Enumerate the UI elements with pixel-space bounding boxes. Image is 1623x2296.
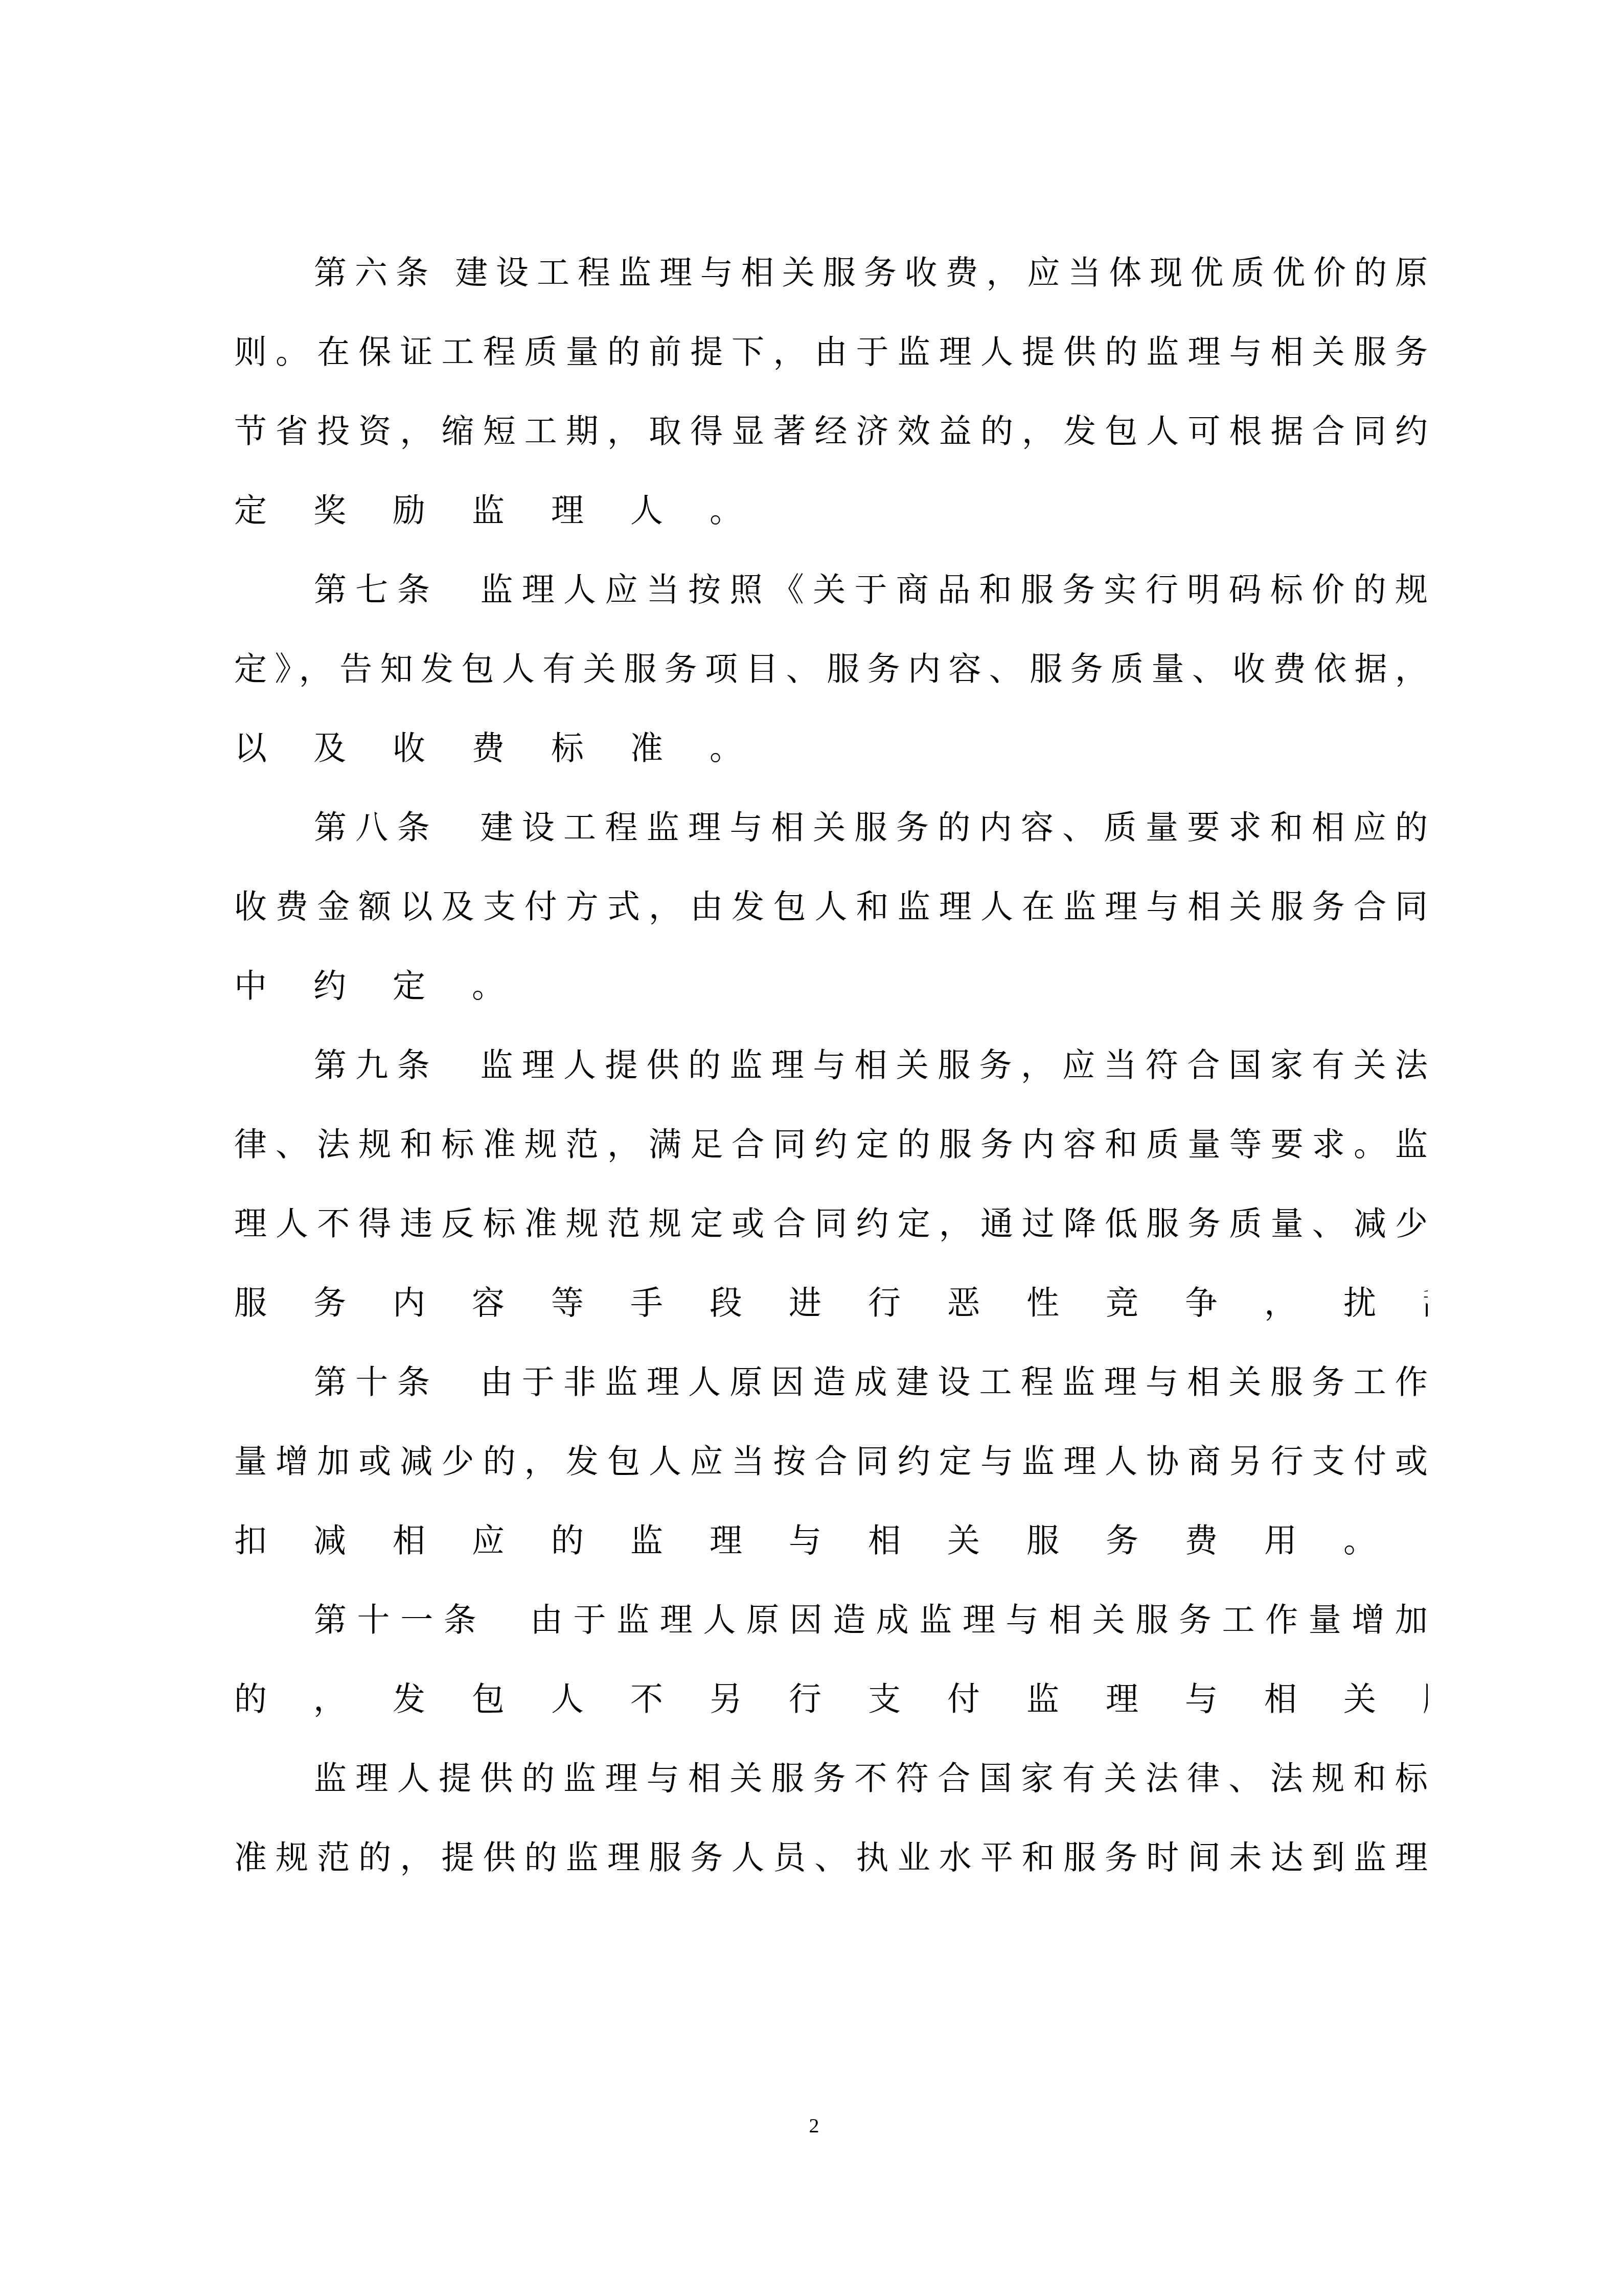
text-line: 量增加或减少的，发包人应当按合同约定与监理人协商另行支付或 bbox=[234, 1422, 1428, 1502]
text-line: 第九条 监理人提供的监理与相关服务，应当符合国家有关法 bbox=[234, 1026, 1428, 1105]
text-line: 扣减相应的监理与相关服务费用。 bbox=[234, 1502, 1428, 1581]
paragraph-article-11-continued: 监理人提供的监理与相关服务不符合国家有关法律、法规和标 准规范的，提供的监理服务… bbox=[234, 1739, 1428, 1898]
text-line: 收费金额以及支付方式，由发包人和监理人在监理与相关服务合同 bbox=[234, 868, 1428, 947]
text-line: 准规范的，提供的监理服务人员、执业水平和服务时间未达到监理 bbox=[234, 1818, 1428, 1898]
text-line: 以及收费标准。 bbox=[234, 709, 1428, 788]
document-page: 第六条 建设工程监理与相关服务收费，应当体现优质优价的原 则。在保证工程质量的前… bbox=[0, 0, 1623, 2296]
text-line: 的，发包人不另行支付监理与相关服务费用。 bbox=[234, 1660, 1428, 1739]
text-line: 第十一条 由于监理人原因造成监理与相关服务工作量增加 bbox=[234, 1581, 1428, 1660]
paragraph-article-7: 第七条 监理人应当按照《关于商品和服务实行明码标价的规 定》，告知发包人有关服务… bbox=[234, 551, 1428, 788]
paragraph-article-6: 第六条 建设工程监理与相关服务收费，应当体现优质优价的原 则。在保证工程质量的前… bbox=[234, 234, 1428, 551]
text-line: 中约定。 bbox=[234, 947, 1428, 1026]
text-line: 服务内容等手段进行恶性竞争，扰乱正常市场秩序。 bbox=[234, 1264, 1428, 1343]
text-line: 理人不得违反标准规范规定或合同约定，通过降低服务质量、减少 bbox=[234, 1185, 1428, 1264]
text-line: 监理人提供的监理与相关服务不符合国家有关法律、法规和标 bbox=[234, 1739, 1428, 1818]
text-line: 律、法规和标准规范，满足合同约定的服务内容和质量等要求。监 bbox=[234, 1105, 1428, 1185]
text-line: 第六条 建设工程监理与相关服务收费，应当体现优质优价的原 bbox=[234, 234, 1428, 313]
paragraph-article-9: 第九条 监理人提供的监理与相关服务，应当符合国家有关法 律、法规和标准规范，满足… bbox=[234, 1026, 1428, 1343]
text-line: 定奖励监理人。 bbox=[234, 471, 1428, 551]
paragraph-article-11: 第十一条 由于监理人原因造成监理与相关服务工作量增加 的，发包人不另行支付监理与… bbox=[234, 1581, 1428, 1739]
text-line: 第八条 建设工程监理与相关服务的内容、质量要求和相应的 bbox=[234, 788, 1428, 868]
document-body: 第六条 建设工程监理与相关服务收费，应当体现优质优价的原 则。在保证工程质量的前… bbox=[234, 234, 1428, 1898]
page-number: 2 bbox=[0, 2110, 1623, 2141]
text-line: 定》，告知发包人有关服务项目、服务内容、服务质量、收费依据， bbox=[234, 630, 1428, 709]
paragraph-article-10: 第十条 由于非监理人原因造成建设工程监理与相关服务工作 量增加或减少的，发包人应… bbox=[234, 1343, 1428, 1581]
paragraph-article-8: 第八条 建设工程监理与相关服务的内容、质量要求和相应的 收费金额以及支付方式，由… bbox=[234, 788, 1428, 1026]
text-line: 节省投资，缩短工期，取得显著经济效益的，发包人可根据合同约 bbox=[234, 392, 1428, 471]
text-line: 则。在保证工程质量的前提下，由于监理人提供的监理与相关服务 bbox=[234, 313, 1428, 392]
text-line: 第七条 监理人应当按照《关于商品和服务实行明码标价的规 bbox=[234, 551, 1428, 630]
text-line: 第十条 由于非监理人原因造成建设工程监理与相关服务工作 bbox=[234, 1343, 1428, 1422]
